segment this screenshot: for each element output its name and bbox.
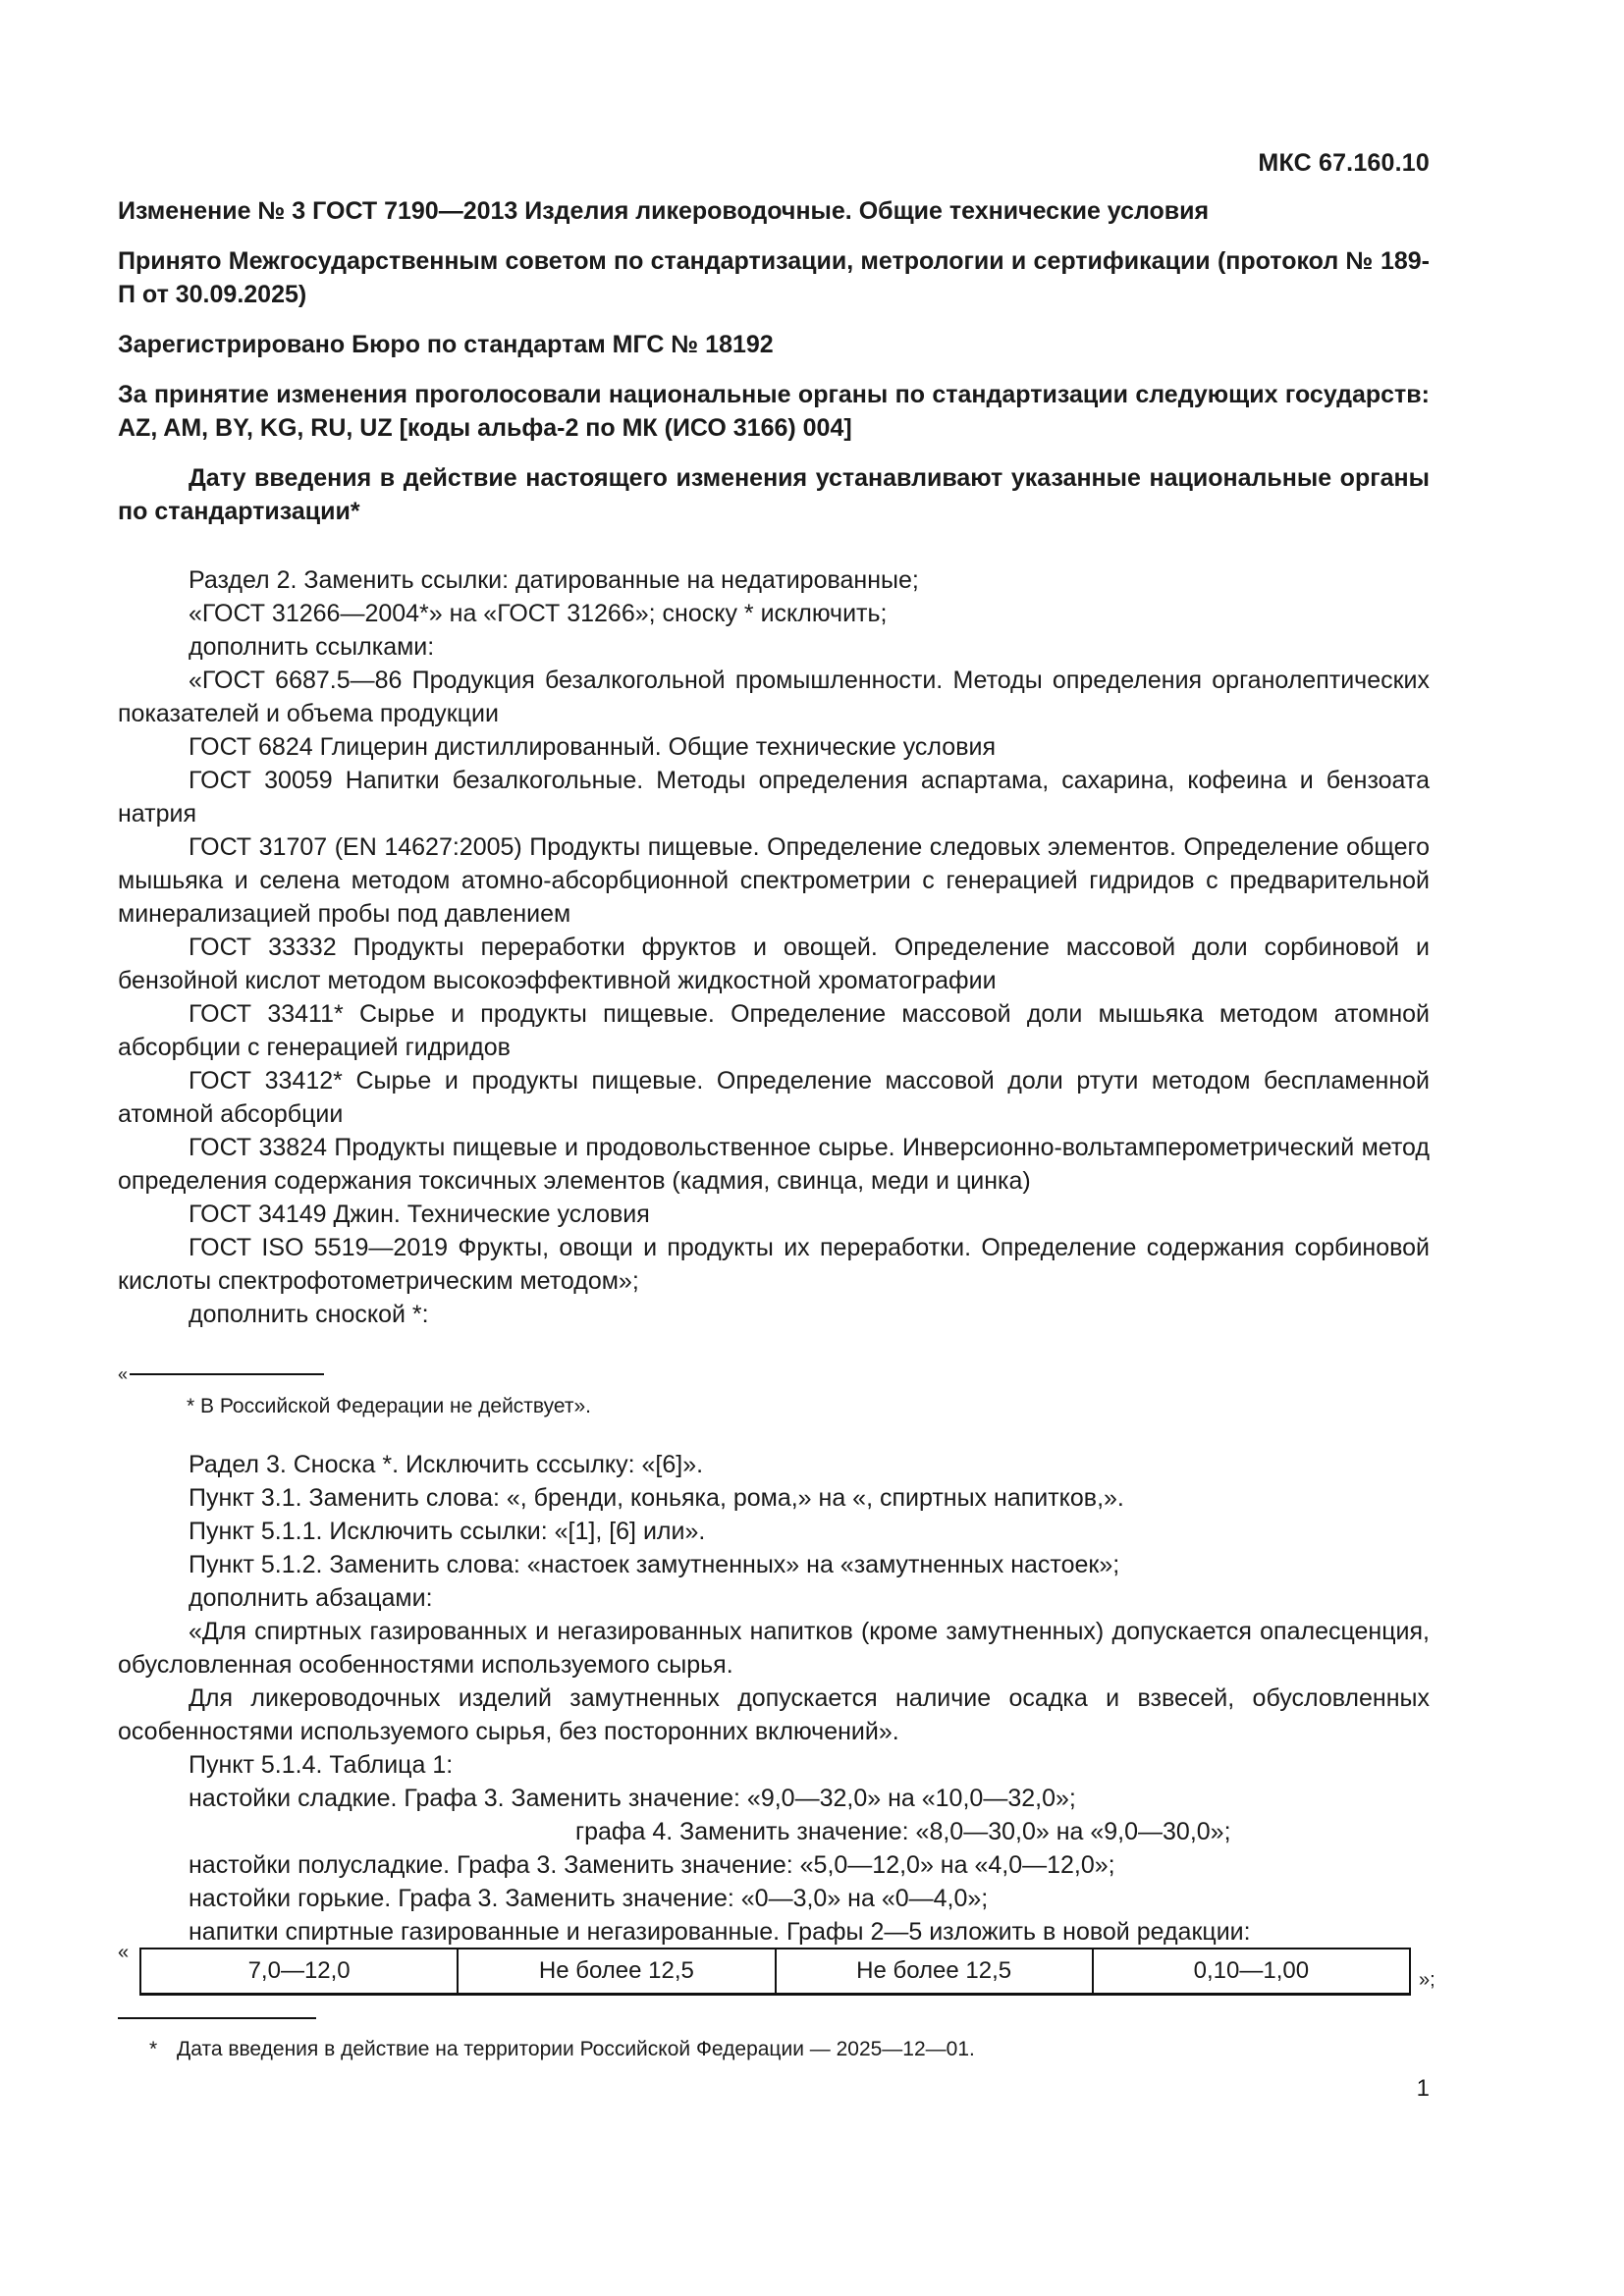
adopted-by: Принято Межгосударственным советом по ст… [118, 244, 1430, 311]
footnote-marker: * [149, 2038, 177, 2061]
paragraph: Радел 3. Сноска *. Исключить сссылку: «[… [118, 1448, 1430, 1481]
voting-states: За принятие изменения проголосовали наци… [118, 378, 1430, 445]
reference-item: ГОСТ 6824 Глицерин дистиллированный. Общ… [118, 730, 1430, 764]
inserted-footnote: « * В Российской Федерации не действует»… [118, 1367, 1430, 1418]
footnote-separator [118, 2017, 316, 2019]
reference-item: ГОСТ 34149 Джин. Технические условия [118, 1198, 1430, 1231]
paragraph: напитки спиртные газированные и негазиро… [118, 1915, 1430, 1949]
footnote-text: Дата введения в действие на территории Р… [177, 2038, 975, 2060]
reference-item: ГОСТ 30059 Напитки безалкогольные. Метод… [118, 764, 1430, 830]
paragraph: графа 4. Заменить значение: «8,0—30,0» н… [118, 1815, 1430, 1848]
paragraph: настойки сладкие. Графа 3. Заменить знач… [118, 1782, 1430, 1815]
paragraph: Для ликероводочных изделий замутненных д… [118, 1682, 1430, 1748]
reference-item: ГОСТ 33332 Продукты переработки фруктов … [118, 931, 1430, 997]
table-row: 7,0—12,0 Не более 12,5 Не более 12,5 0,1… [140, 1949, 1410, 1995]
table-cell: 7,0—12,0 [140, 1949, 458, 1995]
paragraph: Пункт 5.1.4. Таблица 1: [118, 1748, 1430, 1782]
mks-code: МКС 67.160.10 [1258, 149, 1430, 178]
page-footnote: *Дата введения в действие на территории … [149, 2038, 975, 2061]
paragraph: дополнить ссылками: [118, 630, 1430, 664]
footnote-text: * В Российской Федерации не действует». [187, 1395, 1430, 1418]
paragraph: Раздел 2. Заменить ссылки: датированные … [118, 563, 1430, 597]
paragraph: «ГОСТ 31266—2004*» на «ГОСТ 31266»; снос… [118, 597, 1430, 630]
table-cell: Не более 12,5 [458, 1949, 775, 1995]
amendment-title: Изменение № 3 ГОСТ 7190—2013 Изделия лик… [118, 194, 1430, 228]
reference-item: ГОСТ 33412* Сырье и продукты пищевые. Оп… [118, 1064, 1430, 1131]
reference-item: ГОСТ ISO 5519—2019 Фрукты, овощи и проду… [118, 1231, 1430, 1298]
footnote-rule [130, 1373, 324, 1375]
reference-item: ГОСТ 33411* Сырье и продукты пищевые. Оп… [118, 997, 1430, 1064]
reference-item: ГОСТ 31707 (EN 14627:2005) Продукты пище… [118, 830, 1430, 931]
close-quote: »; [1419, 1969, 1435, 1992]
paragraph: дополнить сноской *: [118, 1298, 1430, 1331]
registration: Зарегистрировано Бюро по стандартам МГС … [118, 328, 1430, 361]
table-cell: Не более 12,5 [776, 1949, 1093, 1995]
section-3-changes: Радел 3. Сноска *. Исключить сссылку: «[… [118, 1448, 1430, 1949]
page-number: 1 [1417, 2075, 1430, 2103]
revision-table: 7,0—12,0 Не более 12,5 Не более 12,5 0,1… [139, 1948, 1411, 1996]
paragraph: настойки горькие. Графа 3. Заменить знач… [118, 1882, 1430, 1915]
reference-item: ГОСТ 33824 Продукты пищевые и продовольс… [118, 1131, 1430, 1198]
section-2-changes: Раздел 2. Заменить ссылки: датированные … [118, 563, 1430, 1331]
open-quote: « [118, 1942, 129, 1964]
paragraph: настойки полусладкие. Графа 3. Заменить … [118, 1848, 1430, 1882]
paragraph: Пункт 3.1. Заменить слова: «, бренди, ко… [118, 1481, 1430, 1515]
reference-item: «ГОСТ 6687.5—86 Продукция безалкогольной… [118, 664, 1430, 730]
open-quote: « [118, 1364, 128, 1385]
paragraph: Пункт 5.1.1. Исключить ссылки: «[1], [6]… [118, 1515, 1430, 1548]
table-cell: 0,10—1,00 [1093, 1949, 1410, 1995]
effective-date-note: Дату введения в действие настоящего изме… [118, 461, 1430, 528]
paragraph: Пункт 5.1.2. Заменить слова: «настоек за… [118, 1548, 1430, 1581]
paragraph: дополнить абзацами: [118, 1581, 1430, 1615]
paragraph: «Для спиртных газированных и негазирован… [118, 1615, 1430, 1682]
